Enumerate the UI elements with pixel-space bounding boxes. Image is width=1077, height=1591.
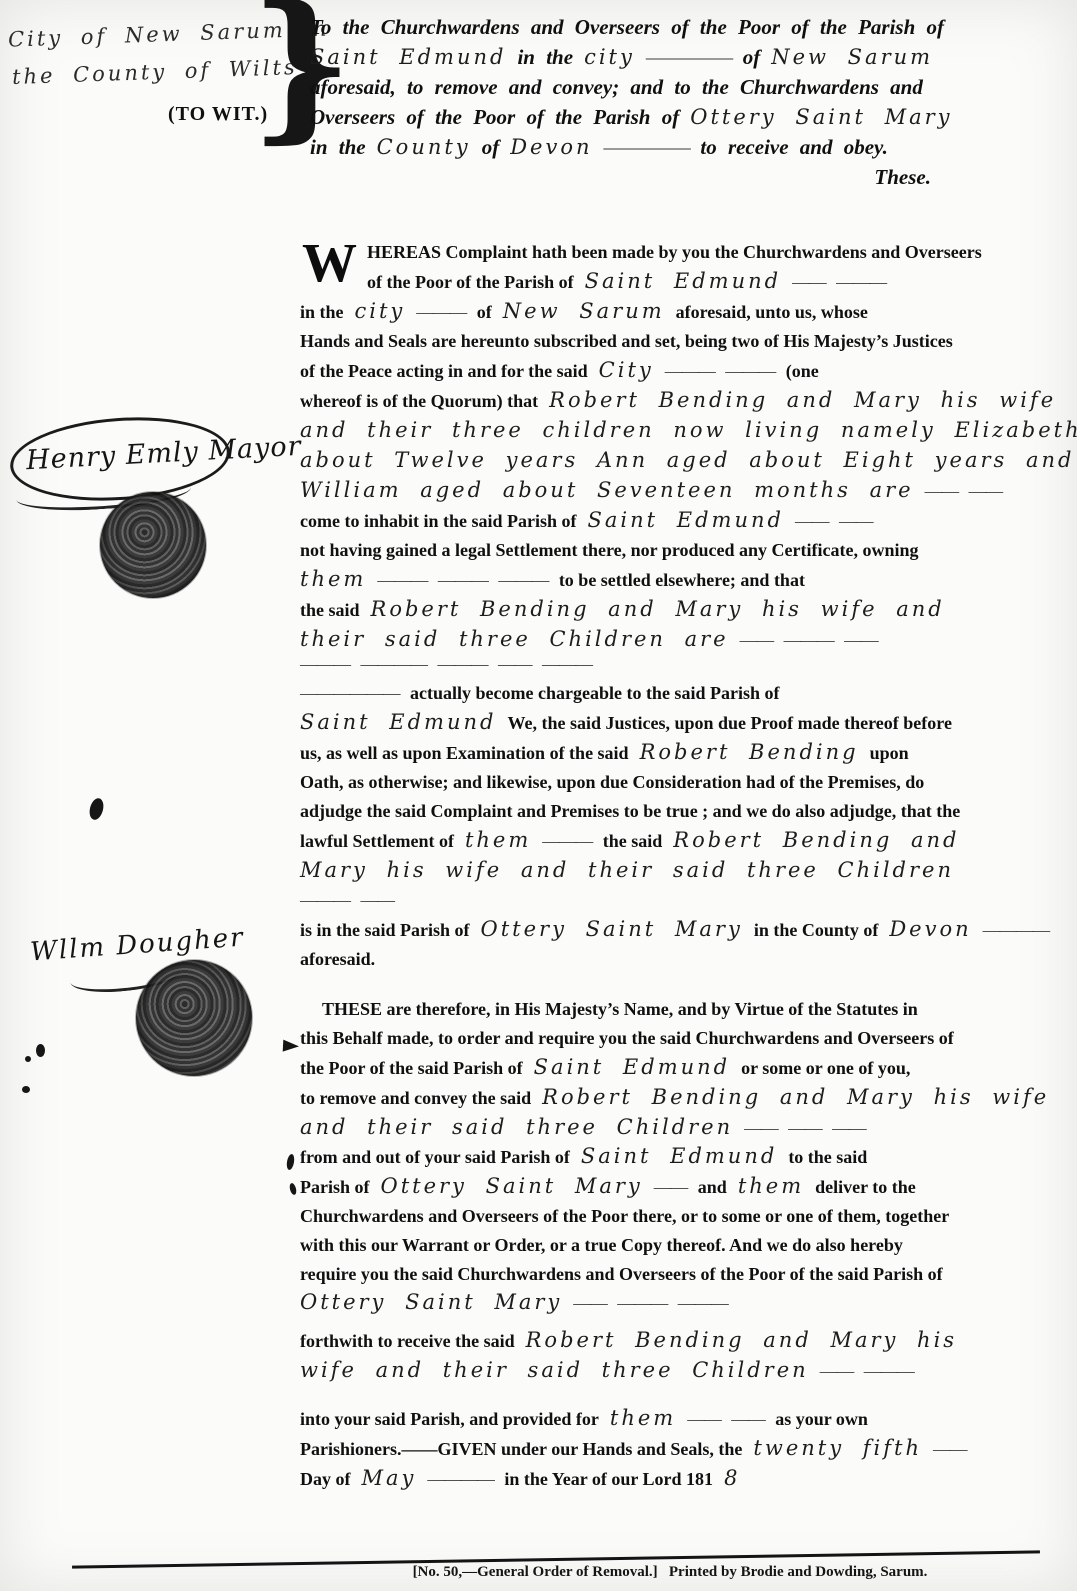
whereas-paragraph: WHEREAS Complaint hath been made by you … [300, 238, 1066, 655]
printed-text: whereof is of the Quorum) that [300, 391, 538, 411]
printed-text: HEREAS Complaint hath been made by you t… [367, 242, 982, 262]
printed-text: to be settled elsewhere; and that [559, 570, 805, 590]
handwritten-text: and their three children now living name… [300, 418, 1077, 442]
ink-arrow-mark [283, 1040, 300, 1053]
handwritten-dash-line: ——— ——— ——— [377, 570, 548, 590]
handwritten-dash-line: ——— [542, 831, 592, 851]
printed-text: actually become chargeable to the said P… [410, 683, 779, 703]
document-page: City of New Sarum in the County of Wilts… [0, 0, 1077, 1591]
handwritten-dash-line: ————— [646, 45, 732, 69]
printed-text: of the Peace acting in and for the said [300, 361, 588, 381]
handwritten-dash-line: —————— [300, 683, 399, 703]
wax-seal-stamp-1 [100, 492, 206, 598]
printed-text: Churchwardens and Overseers of the Poor … [300, 1206, 949, 1226]
handwritten-dash-line: —— [933, 1439, 966, 1459]
handwritten-dash-line: —— —— [925, 481, 1002, 501]
printed-text: of [743, 45, 761, 69]
handwritten-text: Robert Bending [640, 740, 859, 764]
printed-text: To the Churchwardens and Overseers of th… [310, 15, 944, 39]
printed-text: Overseers of the Poor of the Parish of [310, 105, 679, 129]
printed-text: of [477, 302, 492, 322]
handwritten-text: city [355, 299, 406, 323]
handwritten-dash-line: ———— [983, 920, 1049, 940]
handwritten-text: City [599, 358, 654, 382]
handwritten-text: them [738, 1174, 804, 1198]
printed-text: the Poor of the said Parish of [300, 1058, 523, 1078]
ink-speck [25, 1056, 31, 1062]
printed-text: or some or one of you, [741, 1058, 910, 1078]
printed-text: to remove and convey the said [300, 1088, 531, 1108]
footer-imprint: [No. 50,—General Order of Removal.] Prin… [320, 1564, 1020, 1581]
handwritten-text: Robert Bending and Mary his wife [542, 1085, 1049, 1109]
ink-speck [286, 1154, 296, 1171]
printed-text: THESE are therefore, in His Majesty’s Na… [322, 999, 918, 1019]
handwritten-text: twenty fifth [753, 1436, 922, 1460]
handwritten-text: Ottery Saint Mary [300, 1290, 562, 1314]
printed-text: in the [300, 302, 344, 322]
handwritten-text: Saint Edmund [534, 1055, 730, 1079]
handwritten-text: Ottery Saint Mary [481, 917, 743, 941]
handwritten-text: Saint Edmund [588, 508, 784, 532]
printed-text: as your own [775, 1409, 868, 1429]
handwritten-text: Ottery Saint Mary [690, 105, 952, 129]
printed-text: this Behalf made, to order and require y… [300, 1028, 954, 1048]
printed-text: is in the said Parish of [300, 920, 470, 940]
handwritten-dash-line: —— —— —— [744, 1118, 865, 1138]
printed-text: from and out of your said Parish of [300, 1147, 570, 1167]
handwritten-dash-line: ——— [416, 302, 466, 322]
handwritten-dash-line: —— ——— [820, 1361, 914, 1381]
printed-text: Day of [300, 1469, 351, 1489]
printed-text: the said [603, 831, 663, 851]
handwritten-text: wife and their said three Children [300, 1358, 809, 1382]
handwritten-text: Mary his wife and their said three Child… [300, 858, 954, 882]
printed-text: Hands and Seals are hereunto subscribed … [300, 331, 953, 351]
printed-text: adjudge the said Complaint and Premises … [300, 801, 960, 821]
handwritten-dash-line: ——— —— [300, 890, 394, 910]
handwritten-dash-line: —— ——— ——— [573, 1293, 727, 1313]
handwritten-text: 8 [724, 1466, 740, 1490]
printed-text: forthwith to receive the said [300, 1331, 515, 1351]
handwritten-text: them [610, 1406, 676, 1430]
handwritten-text: New Sarum [503, 299, 665, 323]
receive-paragraph: Ottery Saint Mary—— ——— ———forthwith to … [300, 1288, 1066, 1494]
printed-text: in the Year of our Lord 181 [504, 1469, 713, 1489]
printed-text: us, as well as upon Examination of the s… [300, 743, 629, 763]
chargeable-paragraph: ——— ———— ——— —— —————————actually become… [300, 650, 1066, 974]
ink-speck [22, 1086, 30, 1093]
handwritten-text: them [300, 567, 366, 591]
handwritten-text: May [362, 1466, 417, 1490]
address-block: To the Churchwardens and Overseers of th… [310, 12, 1066, 192]
handwritten-text: Saint Edmund [581, 1144, 777, 1168]
handwritten-text: Saint Edmund [585, 269, 781, 293]
handwritten-text: William aged about Seventeen months are [300, 478, 914, 502]
handwritten-dash-line: —— —— [687, 1409, 764, 1429]
convey-paragraph: from and out of your said Parish ofSaint… [300, 1142, 1066, 1289]
handwritten-text: Devon [510, 135, 592, 159]
printed-text: (one [786, 361, 819, 381]
dropcap-letter: W [302, 242, 357, 284]
printed-text: aforesaid, unto us, whose [676, 302, 868, 322]
handwritten-dash-line: ————— [603, 135, 689, 159]
handwritten-text: Robert Bending and Mary his wife and [371, 597, 945, 621]
printed-text: of [482, 135, 500, 159]
handwritten-dash-line: —— —— [795, 511, 872, 531]
handwritten-dash-line: ———— [427, 1469, 493, 1489]
printed-text: Parishioners.——GIVEN under our Hands and… [300, 1439, 742, 1459]
printed-text: come to inhabit in the said Parish of [300, 511, 577, 531]
printed-text: lawful Settlement of [300, 831, 454, 851]
handwritten-dash-line: ——— ——— [665, 361, 775, 381]
printed-text: to receive and obey. [700, 135, 888, 159]
printed-text: deliver to the [815, 1177, 916, 1197]
handwritten-dash-line: ——— ———— ——— —— ——— [300, 654, 592, 674]
handwritten-text: them [465, 828, 531, 852]
handwritten-text: County [377, 135, 471, 159]
handwritten-text: Saint Edmund [310, 45, 506, 69]
handwritten-text: Robert Bending and [673, 828, 959, 852]
handwritten-dash-line: —— ——— —— [740, 630, 878, 650]
handwritten-text: and their said three Children [300, 1115, 733, 1139]
handwritten-text: Devon [889, 917, 971, 941]
handwritten-text: Robert Bending and Mary his [526, 1328, 957, 1352]
printed-text: in the [517, 45, 573, 69]
printed-text: in the County of [754, 920, 879, 940]
printed-text: and [698, 1177, 727, 1197]
order-paragraph: THESE are therefore, in His Majesty’s Na… [300, 995, 1066, 1143]
printed-text: not having gained a legal Settlement the… [300, 540, 918, 560]
printed-text: into your said Parish, and provided for [300, 1409, 599, 1429]
printed-text: of the Poor of the Parish of [367, 272, 574, 292]
handwritten-text: Saint Edmund [300, 710, 496, 734]
ink-speck [289, 1182, 298, 1195]
handwritten-text: Ottery Saint Mary [381, 1174, 643, 1198]
printed-text: the said [300, 600, 360, 620]
printed-text: aforesaid, to remove and convey; and to … [310, 75, 923, 99]
printed-text: We, the said Justices, upon due Proof ma… [507, 713, 951, 733]
printed-text: to the said [788, 1147, 867, 1167]
ink-speck [36, 1044, 45, 1057]
handwritten-text: New Sarum [771, 45, 933, 69]
printed-text: in the [310, 135, 366, 159]
handwritten-text: their said three Children are [300, 627, 729, 651]
printed-text: Parish of [300, 1177, 370, 1197]
handwritten-text: Robert Bending and Mary his wife [549, 388, 1056, 412]
printed-text: aforesaid. [300, 949, 375, 969]
printed-text: upon [870, 743, 909, 763]
printed-text: with this our Warrant or Order, or a tru… [300, 1235, 903, 1255]
printed-text: require you the said Churchwardens and O… [300, 1264, 943, 1284]
printed-text: These. [874, 165, 931, 189]
handwritten-dash-line: —— [654, 1177, 687, 1197]
handwritten-text: about Twelve years Ann aged about Eight … [300, 448, 1074, 472]
printed-text: Oath, as otherwise; and likewise, upon d… [300, 772, 924, 792]
handwritten-dash-line: —— ——— [792, 272, 886, 292]
wax-seal-stamp-2 [136, 960, 252, 1076]
ink-speck [87, 797, 105, 822]
handwritten-text: city [584, 45, 635, 69]
